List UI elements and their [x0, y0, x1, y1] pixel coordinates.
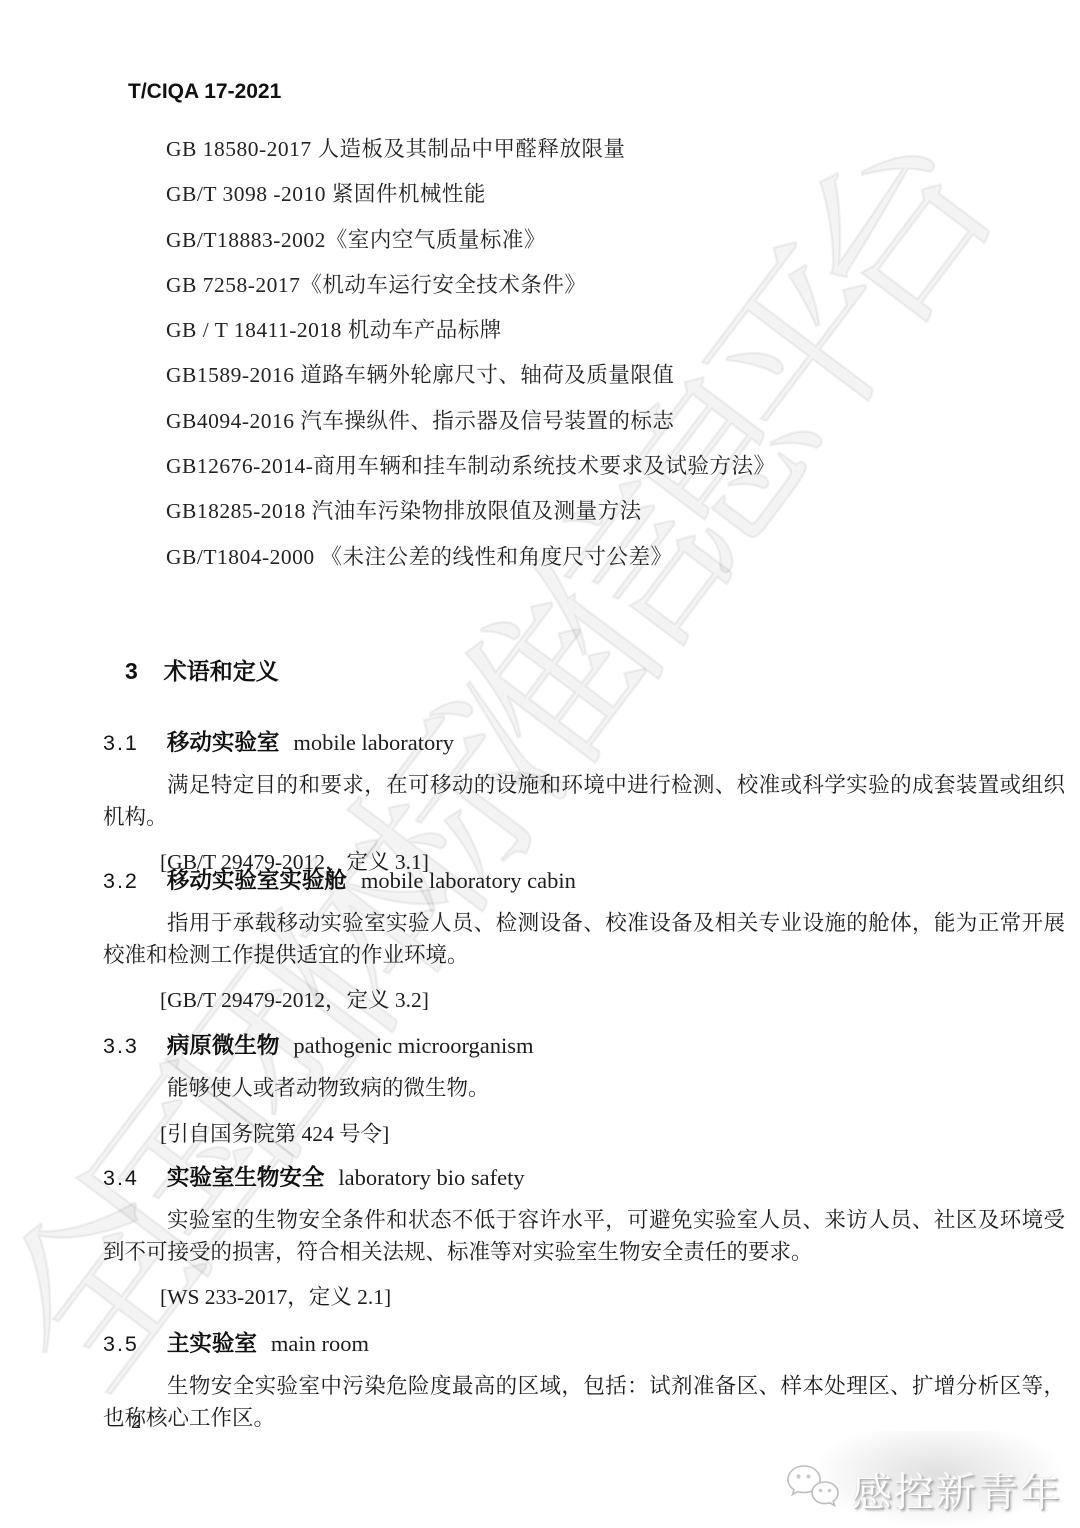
term-definition: 实验室的生物安全条件和状态不低于容许水平，可避免实验室人员、来访人员、社区及环境… [103, 1205, 1065, 1268]
reference-line: GB 18580-2017 人造板及其制品中甲醛释放限量 [166, 132, 1046, 177]
reference-line: GB18285-2018 汽油车污染物排放限值及测量方法 [166, 494, 1046, 539]
term-definition: 能够使人或者动物致病的微生物。 [103, 1073, 1065, 1105]
term-en: laboratory bio safety [338, 1165, 524, 1190]
term-en: mobile laboratory cabin [361, 868, 576, 893]
reference-line: GB4094-2016 汽车操纵件、指示器及信号装置的标志 [166, 404, 1046, 449]
term-definition: 指用于承载移动实验室实验人员、检测设备、校准设备及相关专业设施的舱体，能为正常开… [103, 908, 1065, 971]
term-definition: 生物安全实验室中污染危险度最高的区域，包括：试剂准备区、样本处理区、扩增分析区等… [103, 1371, 1065, 1434]
document-page: 全国团体标准信息平台 T/CIQA 17-2021 GB 18580-2017 … [0, 0, 1080, 1528]
term-3-3: 3.3病原微生物pathogenic microorganism 能够使人或者动… [103, 1028, 1065, 1150]
reference-line: GB1589-2016 道路车辆外轮廓尺寸、轴荷及质量限值 [166, 358, 1046, 403]
term-number: 3.3 [103, 1034, 139, 1058]
reference-line: GB 7258-2017《机动车运行安全技术条件》 [166, 268, 1046, 313]
term-zh: 病原微生物 [167, 1033, 280, 1058]
term-number: 3.1 [103, 731, 139, 755]
reference-line: GB12676-2014-商用车辆和挂车制动系统技术要求及试验方法》 [166, 449, 1046, 494]
term-heading: 3.2移动实验室实验舱mobile laboratory cabin [103, 863, 1065, 893]
term-en: mobile laboratory [293, 730, 454, 755]
term-heading: 3.3病原微生物pathogenic microorganism [103, 1028, 1065, 1058]
term-3-2: 3.2移动实验室实验舱mobile laboratory cabin 指用于承载… [103, 863, 1065, 1016]
term-definition: 满足特定目的和要求，在可移动的设施和环境中进行检测、校准或科学实验的成套装置或组… [103, 770, 1065, 833]
page-number: 2 [131, 1412, 141, 1433]
normative-references-list: GB 18580-2017 人造板及其制品中甲醛释放限量 GB/T 3098 -… [166, 132, 1046, 585]
chapter-title: 术语和定义 [164, 658, 279, 684]
standard-number-header: T/CIQA 17-2021 [128, 80, 281, 104]
page-content: T/CIQA 17-2021 GB 18580-2017 人造板及其制品中甲醛释… [0, 0, 1080, 1528]
term-heading: 3.1移动实验室mobile laboratory [103, 725, 1065, 755]
term-heading: 3.4实验室生物安全laboratory bio safety [103, 1160, 1065, 1190]
term-zh: 实验室生物安全 [167, 1165, 325, 1190]
term-zh: 移动实验室实验舱 [167, 868, 347, 893]
reference-line: GB/T1804-2000 《未注公差的线性和角度尺寸公差》 [166, 540, 1046, 585]
wechat-icon [784, 1462, 842, 1518]
term-en: pathogenic microorganism [293, 1033, 533, 1058]
term-3-5: 3.5主实验室main room 生物安全实验室中污染危险度最高的区域，包括：试… [103, 1326, 1065, 1434]
reference-line: GB/T18883-2002《室内空气质量标准》 [166, 223, 1046, 268]
reference-line: GB / T 18411-2018 机动车产品标牌 [166, 313, 1046, 358]
reference-line: GB/T 3098 -2010 紧固件机械性能 [166, 177, 1046, 222]
term-number: 3.2 [103, 869, 139, 893]
term-en: main room [271, 1331, 369, 1356]
footer-brand: 感控新青年 [784, 1461, 1062, 1518]
term-source: [WS 233-2017，定义 2.1] [160, 1282, 1065, 1313]
term-number: 3.4 [103, 1166, 139, 1190]
term-source: [引自国务院第 424 号令] [160, 1119, 1065, 1150]
term-source: [GB/T 29479-2012，定义 3.2] [160, 985, 1065, 1016]
term-heading: 3.5主实验室main room [103, 1326, 1065, 1356]
chapter-heading-terms-and-definitions: 3术语和定义 [125, 653, 279, 686]
term-3-1: 3.1移动实验室mobile laboratory 满足特定目的和要求，在可移动… [103, 725, 1065, 878]
footer-brand-text: 感控新青年 [852, 1461, 1062, 1518]
term-3-4: 3.4实验室生物安全laboratory bio safety 实验室的生物安全… [103, 1160, 1065, 1313]
term-zh: 移动实验室 [167, 730, 280, 755]
term-zh: 主实验室 [167, 1331, 257, 1356]
chapter-number: 3 [125, 658, 138, 684]
term-number: 3.5 [103, 1332, 139, 1356]
